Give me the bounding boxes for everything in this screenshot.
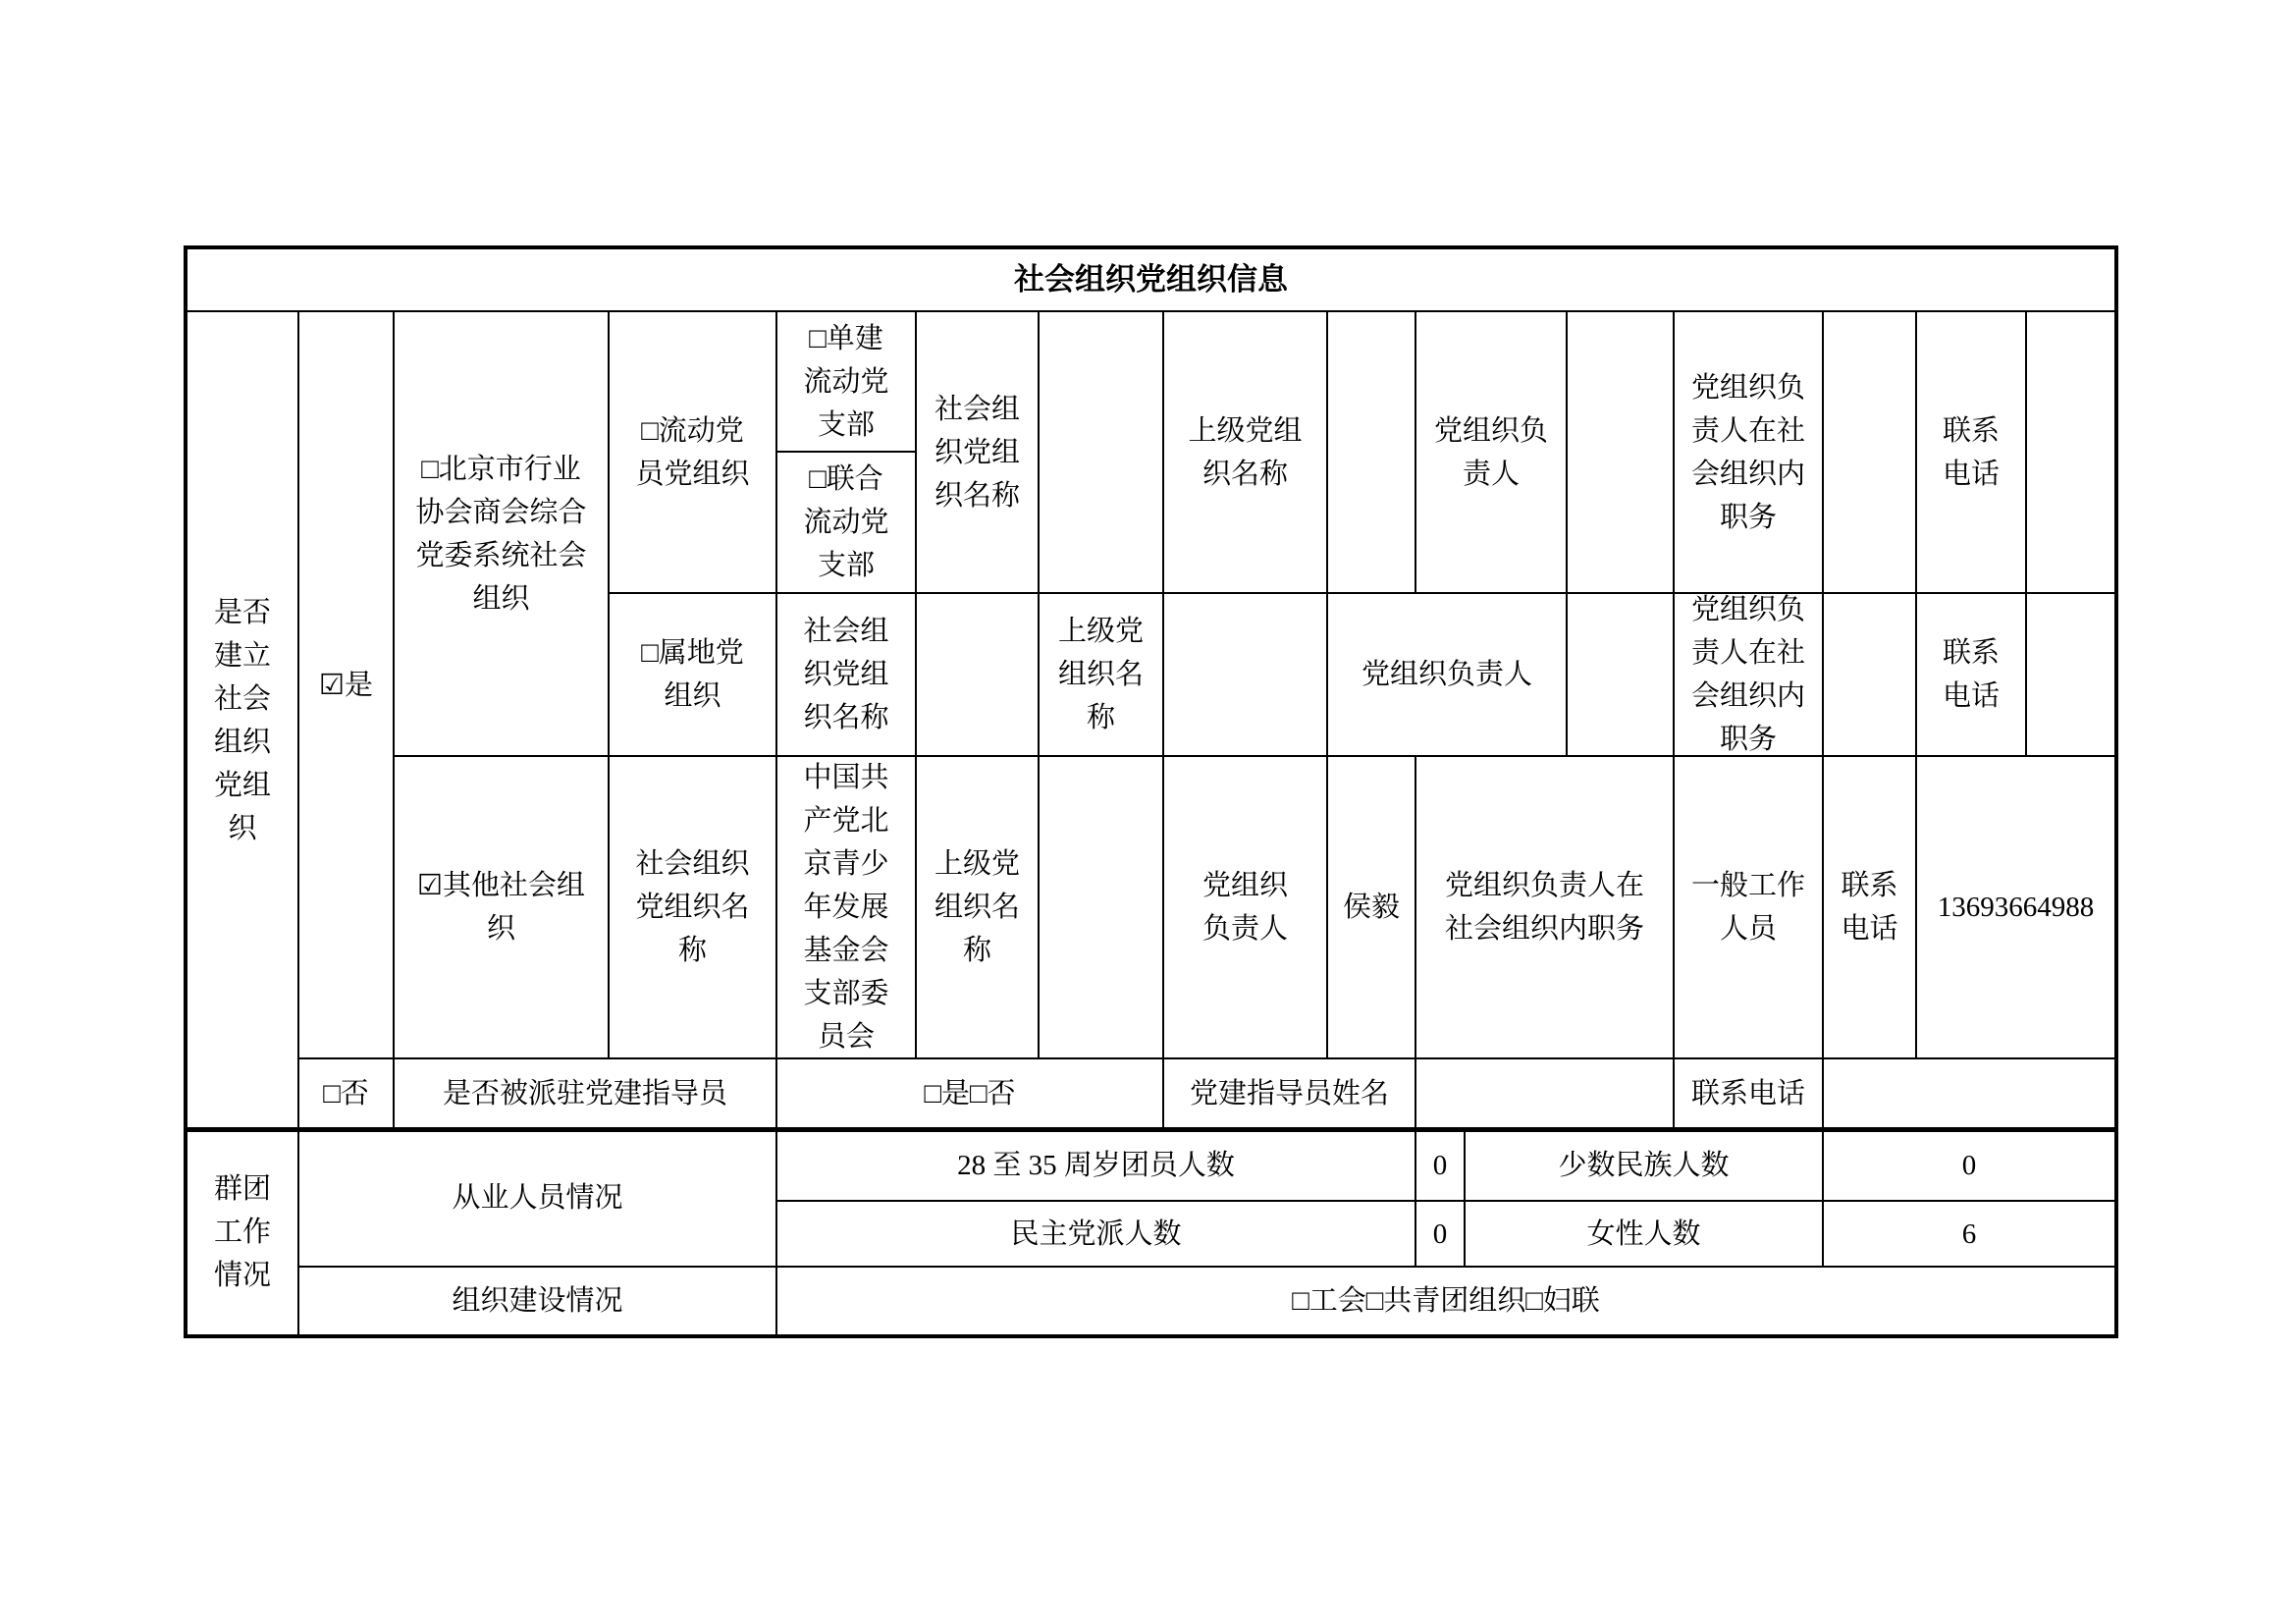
advisor-yes-no-options: □是□否 — [775, 1057, 1164, 1130]
employee-situation-label: 从业人员情况 — [297, 1128, 777, 1268]
flow-leader-value-cell — [1566, 310, 1675, 594]
democratic-parties-value: 0 — [1415, 1200, 1466, 1268]
other-org-name-label: 社会组织 党组织名 称 — [608, 755, 777, 1059]
checkbox-yes-cell: ☑是 — [297, 310, 395, 1059]
flow-upper-org-value-cell — [1326, 310, 1416, 594]
joint-branch-cell: □联合 流动党 支部 — [775, 451, 917, 594]
democratic-parties-label: 民主党派人数 — [775, 1200, 1416, 1268]
local-duty-label: 党组织负 责人在社 会组织内 职务 — [1673, 592, 1824, 757]
advisor-phone-label: 联系电话 — [1673, 1057, 1824, 1130]
advisor-name-label: 党建指导员姓名 — [1162, 1057, 1416, 1130]
table-title: 社会组织党组织信息 — [186, 247, 2116, 312]
advisor-phone-value-cell — [1822, 1057, 2116, 1130]
party-question-header: 是否 建立 社会 组织 党组 织 — [186, 310, 299, 1130]
advisor-name-value-cell — [1415, 1057, 1675, 1130]
local-type-cell: □属地党 组织 — [608, 592, 777, 757]
checkbox-beijing-system-cell: □北京市行业 协会商会综合 党委系统社会 组织 — [393, 310, 610, 757]
flow-duty-label: 党组织负 责人在社 会组织内 职务 — [1673, 310, 1824, 594]
mass-work-header: 群团 工作 情况 — [186, 1128, 299, 1336]
local-org-name-label: 社会组 织党组 织名称 — [775, 592, 917, 757]
document-page: { "table_title": "社会组织党组织信息", "party_org… — [0, 0, 2296, 1624]
other-org-name-value: 中国共 产党北 京青少 年发展 基金会 支部委 员会 — [775, 755, 917, 1059]
flow-type-cell: □流动党 员党组织 — [608, 310, 777, 594]
other-upper-org-label: 上级党 组织名 称 — [915, 755, 1040, 1059]
local-leader-value-cell — [1566, 592, 1675, 757]
local-phone-value-cell — [2025, 592, 2116, 757]
checkbox-no-cell: □否 — [297, 1057, 395, 1130]
single-branch-cell: □单建 流动党 支部 — [775, 310, 917, 453]
other-duty-label: 党组织负责人在 社会组织内职务 — [1415, 755, 1675, 1059]
org-build-label: 组织建设情况 — [297, 1266, 777, 1336]
league-members-value: 0 — [1415, 1128, 1466, 1202]
org-build-options: □工会□共青团组织□妇联 — [775, 1266, 2116, 1336]
flow-duty-value-cell — [1822, 310, 1917, 594]
local-org-name-value-cell — [915, 592, 1040, 757]
other-duty-value: 一般工作 人员 — [1673, 755, 1824, 1059]
local-leader-label: 党组织负责人 — [1326, 592, 1568, 757]
flow-leader-label: 党组织负 责人 — [1415, 310, 1568, 594]
minority-label: 少数民族人数 — [1464, 1128, 1824, 1202]
other-leader-value: 侯毅 — [1326, 755, 1416, 1059]
other-phone-label: 联系 电话 — [1822, 755, 1917, 1059]
minority-value: 0 — [1822, 1128, 2116, 1202]
female-value: 6 — [1822, 1200, 2116, 1268]
local-upper-org-value-cell — [1162, 592, 1328, 757]
female-label: 女性人数 — [1464, 1200, 1824, 1268]
other-phone-value: 13693664988 — [1915, 755, 2116, 1059]
local-phone-label: 联系 电话 — [1915, 592, 2027, 757]
local-duty-value-cell — [1822, 592, 1917, 757]
flow-org-name-label: 社会组 织党组 织名称 — [915, 310, 1040, 594]
advisor-question: 是否被派驻党建指导员 — [393, 1057, 777, 1130]
section-divider-line — [185, 1127, 2115, 1132]
other-upper-org-value-cell — [1038, 755, 1164, 1059]
checkbox-other-org-cell: ☑其他社会组 织 — [393, 755, 610, 1059]
flow-phone-value-cell — [2025, 310, 2116, 594]
league-members-label: 28 至 35 周岁团员人数 — [775, 1128, 1416, 1202]
other-leader-label: 党组织 负责人 — [1162, 755, 1328, 1059]
flow-upper-org-label: 上级党组 织名称 — [1162, 310, 1328, 594]
flow-org-name-value-cell — [1038, 310, 1164, 594]
flow-phone-label: 联系 电话 — [1915, 310, 2027, 594]
local-upper-org-label: 上级党 组织名 称 — [1038, 592, 1164, 757]
